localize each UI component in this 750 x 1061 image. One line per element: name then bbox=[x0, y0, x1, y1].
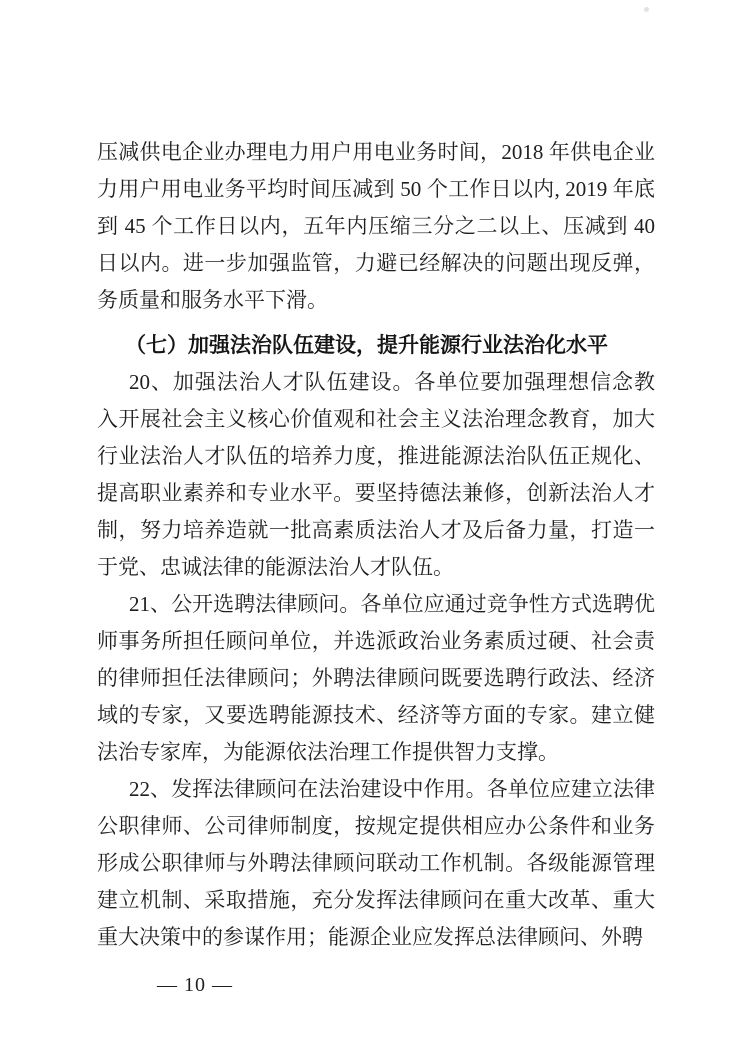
text-line: 制，努力培养造就一批高素质法治人才及后备力量，打造一支忠诚 bbox=[97, 512, 655, 549]
text-line: 的律师担任法律顾问；外聘法律顾问既要选聘行政法、经济法等领 bbox=[97, 660, 655, 697]
paragraph-21: 21、公开选聘法律顾问。各单位应通过竞争性方式选聘优秀律师事务所担任顾问单位，并… bbox=[97, 586, 655, 771]
page-number: — 10 — bbox=[157, 974, 233, 996]
text-line: 域的专家，又要选聘能源技术、经济等方面的专家。建立健全能源 bbox=[97, 697, 655, 734]
text-line: 21、公开选聘法律顾问。各单位应通过竞争性方式选聘优秀律 bbox=[97, 586, 655, 623]
text-line: 于党、忠诚法律的能源法治人才队伍。 bbox=[97, 549, 655, 586]
paragraph-continuation: 压减供电企业办理电力用户用电业务时间，2018 年供电企业办理电力用户用电业务平… bbox=[97, 134, 655, 319]
text-line: （七）加强法治队伍建设，提升能源行业法治化水平 bbox=[97, 327, 655, 364]
text-line: 提高职业素养和专业水平。要坚持德法兼修，创新法治人才培养机 bbox=[97, 475, 655, 512]
page-footer: — 10 — bbox=[133, 949, 233, 1021]
text-line: 法治专家库，为能源依法治理工作提供智力支撑。 bbox=[97, 734, 655, 771]
scan-artifact bbox=[644, 7, 649, 12]
text-line: 日以内。进一步加强监管，力避已经解决的问题出现反弹，严防服 bbox=[97, 245, 655, 282]
text-line: 入开展社会主义核心价值观和社会主义法治理念教育，加大对能源 bbox=[97, 401, 655, 438]
text-line: 20、加强法治人才队伍建设。各单位要加强理想信念教育，深 bbox=[97, 364, 655, 401]
text-line: 形成公职律师与外聘法律顾问联动工作机制。各级能源管理部门应 bbox=[97, 845, 655, 882]
document-page: 压减供电企业办理电力用户用电业务时间，2018 年供电企业办理电力用户用电业务平… bbox=[0, 0, 750, 1061]
section-heading-7: （七）加强法治队伍建设，提升能源行业法治化水平 bbox=[97, 327, 655, 364]
paragraph-22: 22、发挥法律顾问在法治建设中作用。各单位应建立法律顾问、公职律师、公司律师制度… bbox=[97, 771, 655, 956]
text-line: 行业法治人才队伍的培养力度，推进能源法治队伍正规化、专业化， bbox=[97, 438, 655, 475]
text-line: 公职律师、公司律师制度，按规定提供相应办公条件和业务经费， bbox=[97, 808, 655, 845]
paragraph-20: 20、加强法治人才队伍建设。各单位要加强理想信念教育，深入开展社会主义核心价值观… bbox=[97, 364, 655, 586]
document-body: 压减供电企业办理电力用户用电业务时间，2018 年供电企业办理电力用户用电业务平… bbox=[97, 134, 655, 956]
text-line: 务质量和服务水平下滑。 bbox=[97, 282, 655, 319]
text-line: 压减供电企业办理电力用户用电业务时间，2018 年供电企业办理电 bbox=[97, 134, 655, 171]
text-line: 到 45 个工作日以内，五年内压缩三分之二以上、压减到 40 个工作 bbox=[97, 208, 655, 245]
text-line: 师事务所担任顾问单位，并选派政治业务素质过硬、社会责任感强 bbox=[97, 623, 655, 660]
text-line: 建立机制、采取措施，充分发挥法律顾问在重大改革、重大投融资、 bbox=[97, 882, 655, 919]
text-line: 22、发挥法律顾问在法治建设中作用。各单位应建立法律顾问、 bbox=[97, 771, 655, 808]
text-line: 力用户用电业务平均时间压减到 50 个工作日以内, 2019 年底前压减 bbox=[97, 171, 655, 208]
